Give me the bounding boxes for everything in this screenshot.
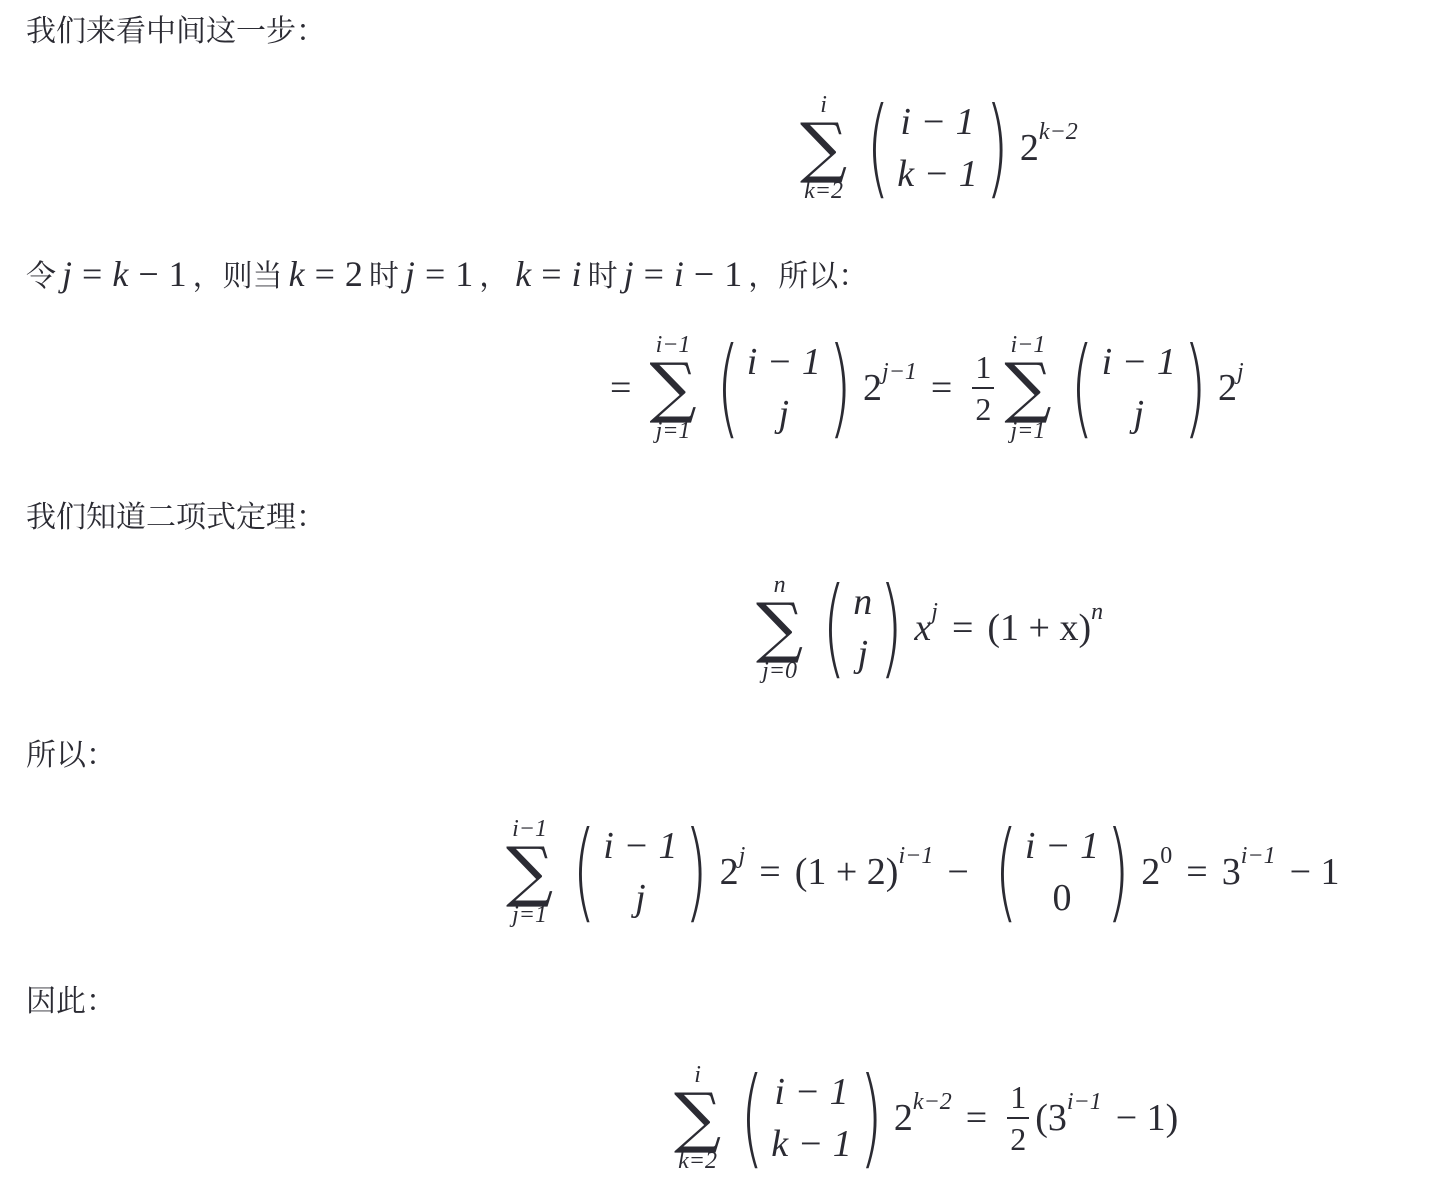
binom-top: i − 1 [1025,820,1099,872]
sigma-symbol: ∑ [649,358,696,418]
result-exponent: i−1 [1241,843,1276,870]
summation: n ∑ j=0 [756,572,803,684]
power-base: x [914,606,931,650]
sigma-symbol: ∑ [756,598,803,658]
rhs-exponent: i−1 [1067,1089,1102,1116]
binom-top: i − 1 [774,1066,848,1118]
power-base: 2 [1141,850,1160,894]
binomial-coefficient: ( i − 1 j ) [563,818,717,926]
binomial-theorem-text: 我们知道二项式定理： [26,500,326,536]
binomial-coefficient: ( i − 1 j ) [1061,334,1215,442]
summation: i ∑ k=2 [800,92,847,204]
equals-sign: = [966,1096,987,1140]
binom-top: i − 1 [603,820,677,872]
equation-sum-binomial: i ∑ k=2 ( i − 1 k − 1 ) 2k−2 [796,92,1078,204]
equation-binomial-theorem: n ∑ j=0 ( n j ) xj = (1 + x)n [752,572,1103,684]
right-paren: ) [685,818,708,926]
fraction-one-half: 1 2 [972,350,994,426]
binom-bottom: k − 1 [771,1118,852,1170]
theorem-term: (1 + 2) [795,850,899,894]
text-segment: 时 [588,259,618,294]
right-paren: ) [828,334,851,442]
right-paren: ) [1183,334,1206,442]
minus-sign: − [947,850,968,894]
substitution-text: 令j=k−1，则当k=2时j=1，k=i时j=i−1，所以： [26,256,868,295]
inline-math-k-eq-2: k=2 [289,254,363,294]
text-segment: ，则当 [193,259,283,294]
equals-sign: = [931,366,952,410]
sum-lower-limit: j=1 [512,902,547,928]
left-paren: ( [1071,334,1094,442]
equation-apply-theorem: i−1 ∑ j=1 ( i − 1 j ) 2j = (1 + 2)i−1 − … [502,816,1340,928]
binom-bottom: j [857,628,868,680]
rhs-expression: (1 + x) [987,606,1091,650]
text-segment: 时 [369,259,399,294]
right-paren: ) [880,574,903,682]
theorem-term-exponent: i−1 [898,843,933,870]
power-base: 2 [894,1096,913,1140]
right-paren: ) [859,1064,882,1172]
binom-bottom: j [635,872,646,924]
denominator: 2 [1010,1122,1026,1156]
sum-lower-limit: j=0 [762,658,797,684]
text-segment: ， [479,259,509,294]
power-exponent: j−1 [882,359,917,386]
sigma-symbol: ∑ [674,1088,721,1148]
binomial-coefficient: ( n j ) [813,574,912,682]
sum-lower-limit: k=2 [804,178,843,204]
rhs-close: − 1) [1116,1096,1179,1140]
sigma-symbol: ∑ [1004,358,1051,418]
right-paren: ) [985,94,1008,202]
intro-text: 我们来看中间这一步： [26,14,326,50]
rhs-exponent: n [1091,599,1103,626]
equation-final-result: i ∑ k=2 ( i − 1 k − 1 ) 2k−2 = 1 2 (3i−1… [670,1062,1178,1174]
inline-math-j-eq-1: j=1 [405,254,473,294]
hence-text: 因此： [26,984,116,1020]
sum-lower-limit: k=2 [678,1148,717,1174]
power-exponent: k−2 [913,1089,952,1116]
binom-bottom: j [779,388,790,440]
binom-bottom: k − 1 [897,148,978,200]
power-exponent: 0 [1160,843,1172,870]
power-exponent: j [739,843,746,870]
power-base: 2 [1020,126,1039,170]
fraction-bar [972,387,994,389]
left-paren: ( [823,574,846,682]
sum-lower-limit: j=1 [656,418,691,444]
equals-sign: = [1186,850,1207,894]
text-segment: 令 [26,259,56,294]
left-paren: ( [573,818,596,926]
result-base: 3 [1222,850,1241,894]
inline-math-k-eq-i: k=i [515,254,581,294]
text-segment: ，所以： [748,259,868,294]
denominator: 2 [975,392,991,426]
sigma-symbol: ∑ [800,118,847,178]
binom-top: i − 1 [1102,336,1176,388]
binom-bottom: 0 [1053,872,1072,924]
fraction-bar [1007,1117,1029,1119]
fraction-one-half: 1 2 [1007,1080,1029,1156]
binom-top: n [853,576,872,628]
sigma-symbol: ∑ [506,842,553,902]
inline-math-j-eq-i-1: j=i−1 [624,254,743,294]
right-paren: ) [1107,818,1130,926]
summation: i−1 ∑ j=1 [1004,332,1051,444]
result-tail: − 1 [1290,850,1340,894]
equals-sign: = [759,850,780,894]
binomial-coefficient: ( i − 1 k − 1 ) [731,1064,892,1172]
summation: i−1 ∑ j=1 [649,332,696,444]
summation: i ∑ k=2 [674,1062,721,1174]
sum-lower-limit: j=1 [1010,418,1045,444]
binom-top: i − 1 [900,96,974,148]
equation-reindexed-sum: = i−1 ∑ j=1 ( i − 1 j ) 2j−1 = 1 2 i−1 ∑… [610,332,1244,444]
power-base: 2 [720,850,739,894]
power-base: 2 [863,366,882,410]
summation: i−1 ∑ j=1 [506,816,553,928]
power-exponent: k−2 [1039,119,1078,146]
equals-sign: = [952,606,973,650]
binom-bottom: j [1133,388,1144,440]
binomial-coefficient: ( i − 1 j ) [707,334,861,442]
inline-math-j-eq-k-1: j=k−1 [62,254,187,294]
numerator: 1 [975,350,991,384]
power-base: 2 [1218,366,1237,410]
binomial-coefficient: ( i − 1 k − 1 ) [857,94,1018,202]
rhs-open: (3 [1035,1096,1067,1140]
left-paren: ( [867,94,890,202]
power-exponent: j [931,599,938,626]
left-paren: ( [716,334,739,442]
left-paren: ( [741,1064,764,1172]
therefore-text: 所以： [26,738,116,774]
numerator: 1 [1010,1080,1026,1114]
left-paren: ( [994,818,1017,926]
binom-top: i − 1 [747,336,821,388]
power-exponent: j [1237,359,1244,386]
equals-sign: = [610,366,631,410]
binomial-coefficient-zero: ( i − 1 0 ) [985,818,1139,926]
